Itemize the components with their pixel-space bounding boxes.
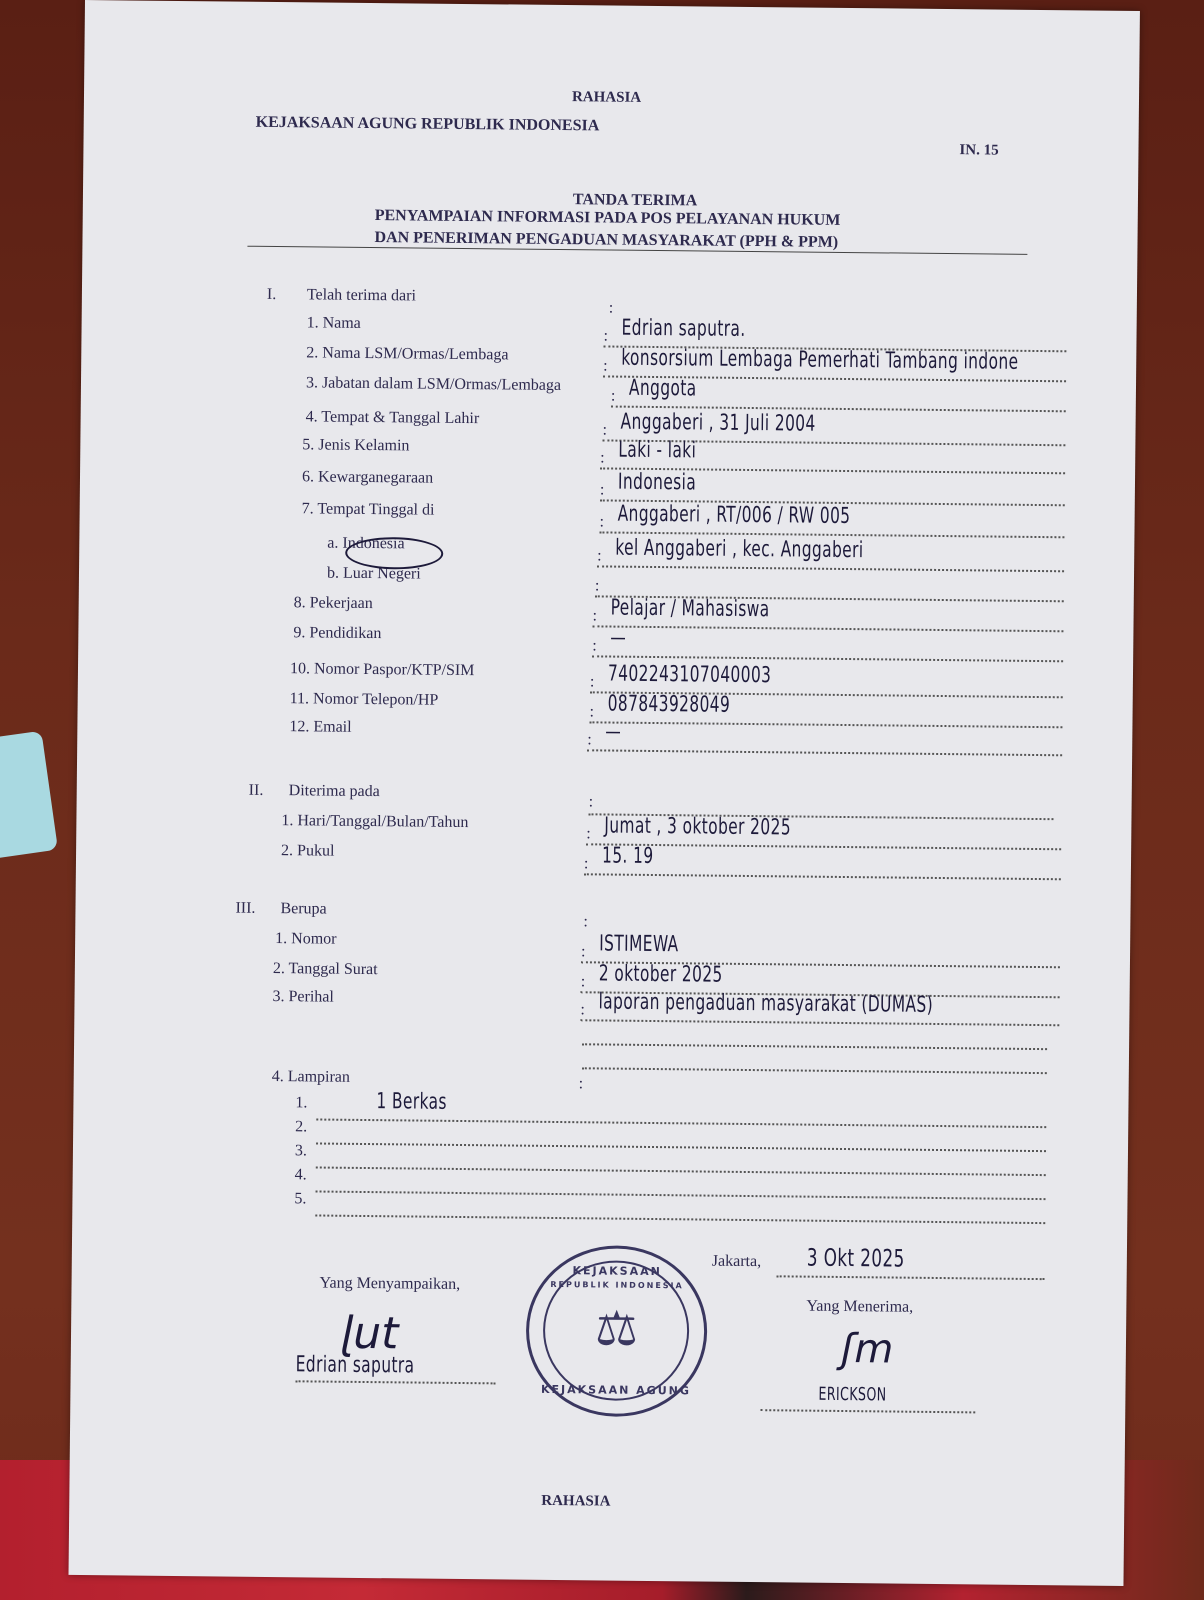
colon: : xyxy=(611,388,616,406)
field-value: Laki - laki xyxy=(618,438,696,464)
receiver-name: ERICKSON xyxy=(818,1384,886,1406)
field-label: 10. Nomor Paspor/KTP/SIM xyxy=(290,660,475,680)
field-label: 1. Hari/Tanggal/Bulan/Tahun xyxy=(281,812,468,832)
colon: : xyxy=(597,547,602,565)
sender-name-line: Edrian saputra xyxy=(296,1358,496,1384)
scales-of-justice-icon: ⚖ xyxy=(595,1300,639,1356)
field-label: 2. Pukul xyxy=(281,842,335,861)
field-value: Edrian saputra. xyxy=(621,316,745,342)
colon: : xyxy=(600,449,605,467)
section-3-numeral: III. xyxy=(235,900,255,918)
field-value: Anggota xyxy=(629,376,697,402)
place-label: Jakarta, xyxy=(712,1253,761,1272)
field-value: 7402243107040003 xyxy=(608,662,772,689)
field-input-line[interactable]: :Pelajar / Mahasiswa xyxy=(592,603,1063,632)
field-label: 12. Email xyxy=(289,718,351,737)
stamp-sub-text: REPUBLIK INDONESIA xyxy=(530,1280,705,1291)
colon: : xyxy=(595,577,600,595)
receiver-name-line: ERICKSON xyxy=(760,1387,975,1413)
field-input-line[interactable]: :kel Anggaberi , kec. Anggaberi xyxy=(597,543,1064,572)
receiver-signature: ʃm xyxy=(841,1326,894,1373)
field-value: Indonesia xyxy=(618,470,696,496)
field-label: 7. Tempat Tinggal di xyxy=(302,500,435,519)
colon: : xyxy=(609,300,614,318)
official-stamp: KEJAKSAAN REPUBLIK INDONESIA ⚖ KEJAKSAAN… xyxy=(525,1245,708,1418)
stamp-bottom-text: KEJAKSAAN AGUNG xyxy=(528,1383,703,1398)
top-classification: RAHASIA xyxy=(572,89,641,107)
colon: : xyxy=(592,637,597,655)
attachment-number: 4. xyxy=(295,1166,307,1184)
colon: : xyxy=(599,513,604,531)
attachment-number: 2. xyxy=(295,1118,307,1136)
attachment-number: 1. xyxy=(295,1094,307,1112)
field-input-line[interactable]: :— xyxy=(592,633,1063,662)
sender-label: Yang Menyampaikan, xyxy=(319,1275,460,1294)
date-line: 3 Okt 2025 xyxy=(777,1253,1045,1280)
sender-signature: ɭut xyxy=(341,1308,399,1360)
field-label: 2. Tanggal Surat xyxy=(273,960,378,979)
field-value: Anggaberi , RT/006 / RW 005 xyxy=(618,502,851,529)
colon: : xyxy=(579,1075,584,1093)
colon: : xyxy=(586,825,591,843)
attachment-number: 3. xyxy=(295,1142,307,1160)
colon: : xyxy=(600,481,605,499)
field-label: 4. Tempat & Tanggal Lahir xyxy=(306,408,480,428)
document-subtitle-1: PENYAMPAIAN INFORMASI PADA POS PELAYANAN… xyxy=(375,207,841,230)
field-input-line[interactable]: :— xyxy=(587,727,1062,756)
bottom-classification: RAHASIA xyxy=(541,1493,610,1511)
colon: : xyxy=(581,943,586,961)
field-value: Pelajar / Mahasiswa xyxy=(611,596,770,623)
field-label: 1. Nomor xyxy=(275,930,337,949)
field-label: 5. Jenis Kelamin xyxy=(302,436,409,455)
field-value: kel Anggaberi , kec. Anggaberi xyxy=(615,536,863,564)
attachment-number: 5. xyxy=(294,1190,306,1208)
field-value: — xyxy=(605,719,621,744)
field-input-line[interactable]: :Jumat , 3 oktober 2025 xyxy=(586,821,1061,850)
field-label: 2. Nama LSM/Ormas/Lembaga xyxy=(306,344,508,364)
colon: : xyxy=(602,421,607,439)
field-input-line[interactable]: :087843928049 xyxy=(589,699,1062,728)
field-label: 1. Nama xyxy=(307,314,361,333)
stamp-top-text: KEJAKSAAN xyxy=(530,1264,705,1279)
colon: : xyxy=(603,327,608,345)
document-title: TANDA TERIMA xyxy=(573,191,697,210)
field-label: 3. Jabatan dalam LSM/Ormas/Lembaga xyxy=(306,374,561,395)
colon: : xyxy=(587,731,592,749)
field-label: 11. Nomor Telepon/HP xyxy=(290,690,439,710)
receiver-label: Yang Menerima, xyxy=(806,1298,913,1317)
colon: : xyxy=(589,703,594,721)
signing-date: 3 Okt 2025 xyxy=(807,1244,905,1273)
colon: : xyxy=(584,855,589,873)
colon: : xyxy=(603,357,608,375)
section-3-title: Berupa xyxy=(280,900,326,918)
colon: : xyxy=(581,973,586,991)
colon: : xyxy=(590,673,595,691)
field-value: Jumat , 3 oktober 2025 xyxy=(604,813,791,840)
section-2-numeral: II. xyxy=(249,782,264,800)
section-1-title: Telah terima dari xyxy=(307,286,416,305)
institution-name: KEJAKSAAN AGUNG REPUBLIK INDONESIA xyxy=(256,114,600,136)
field-input-line[interactable]: :Anggota xyxy=(611,384,1066,413)
section-2-title: Diterima pada xyxy=(289,782,380,801)
field-value: 15. 19 xyxy=(602,843,654,869)
sender-name: Edrian saputra xyxy=(296,1352,415,1378)
field-value: laporan pengaduan masyarakat (DUMAS) xyxy=(598,989,933,1018)
field-value: — xyxy=(610,626,626,651)
field-value: ISTIMEWA xyxy=(599,931,679,957)
field-value: konsorsium Lembaga Pemerhati Tambang ind… xyxy=(621,346,1018,375)
field-value: 087843928049 xyxy=(608,692,731,718)
colon: : xyxy=(583,913,588,931)
form-code: IN. 15 xyxy=(959,142,998,159)
section-1-numeral: I. xyxy=(267,286,277,304)
field-value: Anggaberi , 31 Juli 2004 xyxy=(620,410,815,437)
field-value: 2 oktober 2025 xyxy=(599,961,723,987)
document-page: RAHASIA KEJAKSAAN AGUNG REPUBLIK INDONES… xyxy=(69,0,1140,1586)
field-input-line[interactable]: :Anggaberi , RT/006 / RW 005 xyxy=(599,509,1064,538)
field-label: 6. Kewarganegaraan xyxy=(302,468,433,487)
field-input-line[interactable]: :15. 19 xyxy=(584,851,1061,880)
perihal-extra-line xyxy=(582,1045,1047,1074)
id-card-edge xyxy=(0,731,58,860)
colon: : xyxy=(592,607,597,625)
attachment-value: 1 Berkas xyxy=(376,1089,447,1115)
colon: : xyxy=(580,1001,585,1019)
attachments-label: 4. Lampiran xyxy=(272,1068,350,1087)
field-label: 9. Pendidikan xyxy=(293,624,381,643)
field-label: 8. Pekerjaan xyxy=(294,594,373,613)
field-label: 3. Perihal xyxy=(272,988,334,1007)
